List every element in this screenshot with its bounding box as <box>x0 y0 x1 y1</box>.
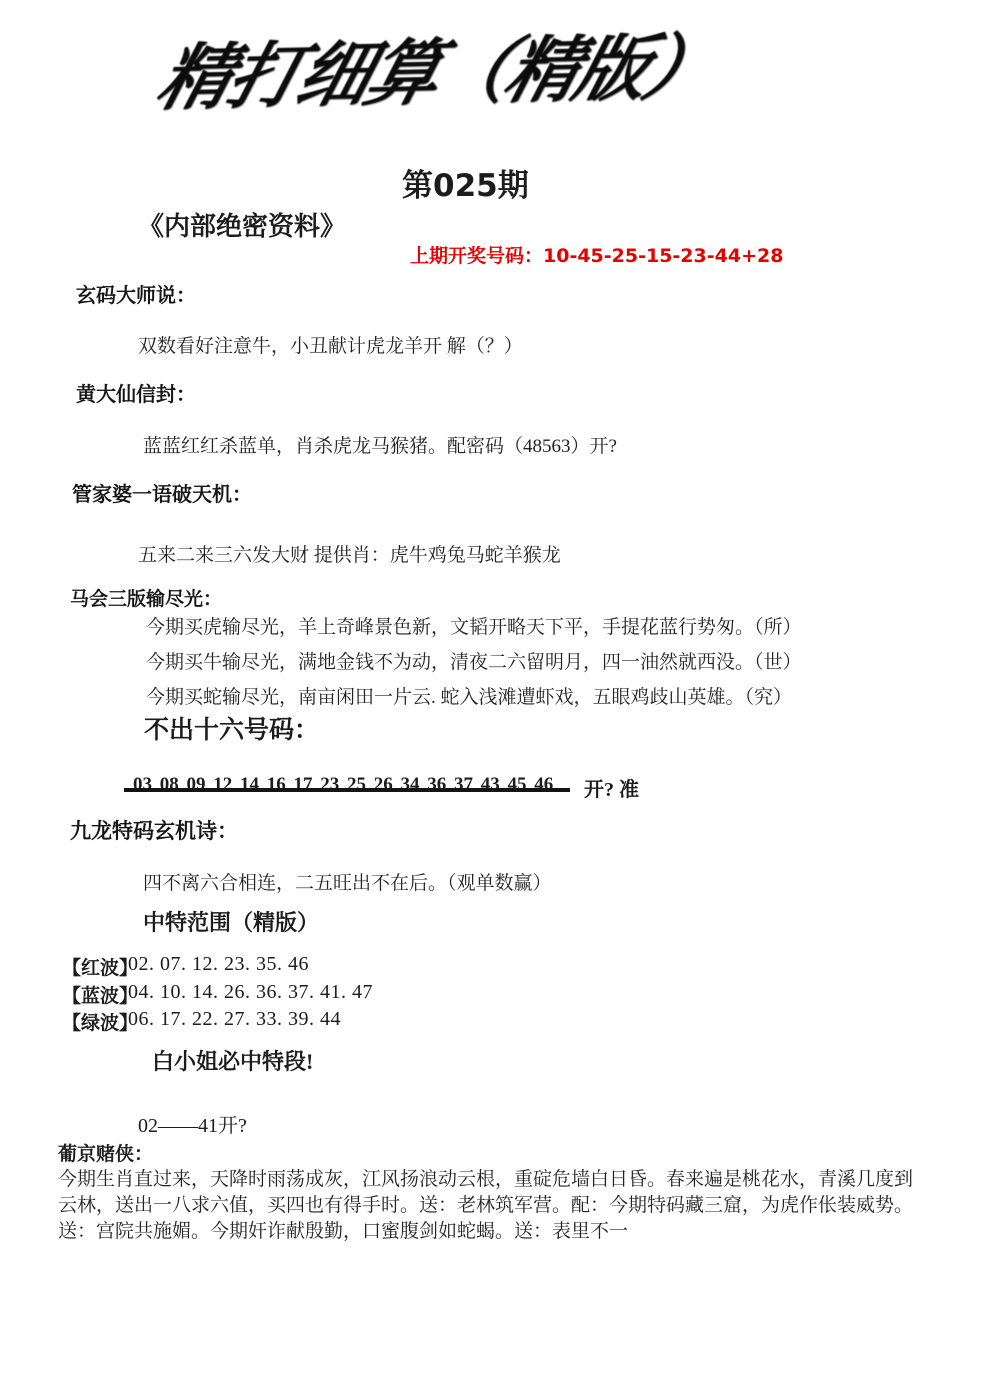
section-heading-guanjiapo: 管家婆一语破天机： <box>72 478 252 507</box>
wave-numbers-red: 02. 07. 12. 23. 35. 46 <box>128 953 309 976</box>
secret-label: 《内部绝密资料》 <box>138 206 346 243</box>
last-draw-numbers: 上期开奖号码：10-45-25-15-23-44+28 <box>410 241 783 268</box>
section-body-jiulong: 四不离六合相连，二五旺出不在后。（观单数赢） <box>143 868 552 895</box>
mahui-verse-line: 今期买蛇输尽光，南亩闲田一片云. 蛇入浅滩遭虾戏，五眼鸡歧山英雄。（究） <box>146 682 792 709</box>
wave-numbers-green: 06. 17. 22. 27. 33. 39. 44 <box>128 1008 341 1031</box>
struck-out-numbers: 03 08 09 12 14 16 17 23 25 26 34 36 37 4… <box>133 774 553 796</box>
wave-numbers-blue: 04. 10. 14. 26. 36. 37. 41. 47 <box>128 981 373 1004</box>
section-body-guanjiapo: 五来二来三六发大财 提供肖：虎牛鸡兔马蛇羊猴龙 <box>138 540 561 567</box>
section-body-huang-daxian: 蓝蓝红红杀蓝单，肖杀虎龙马猴猪。配密码（48563）开? <box>143 431 617 458</box>
issue-number: 第025期 <box>402 160 529 205</box>
wave-label-red: 【红波】 <box>62 953 138 980</box>
pujing-text-line: 云林，送出一八求六值，买四也有得手时。送：老林筑军营。配：今期特码藏三窟，为虎作… <box>58 1190 913 1217</box>
section-heading-huang-daxian: 黄大仙信封： <box>76 378 196 407</box>
strike-line <box>124 788 570 792</box>
section-heading-mahui-shujinguang: 马会三版输尽光： <box>70 584 222 611</box>
wave-label-green: 【绿波】 <box>62 1008 138 1035</box>
section-body-xuanma-master: 双数看好注意牛，小丑献计虎龙羊开 解（？） <box>138 331 523 358</box>
mahui-verse-line: 今期买虎输尽光，羊上奇峰景色新，文韬开略天下平，手提花蓝行势匆。（所） <box>146 612 802 639</box>
calligraphy-title: 精打细算（精版） <box>148 8 731 124</box>
verdict-text: 开? 准 <box>584 773 639 802</box>
lottery-tip-sheet: 精打细算（精版） 第025期 《内部绝密资料》 上期开奖号码：10-45-25-… <box>0 0 981 1388</box>
section-heading-buchu-16: 不出十六号码： <box>144 710 319 746</box>
mahui-verse-line: 今期买牛输尽光，满地金钱不为动，清夜二六留明月，四一油然就西没。（世） <box>146 647 802 674</box>
section-heading-jiulong: 九龙特码玄机诗： <box>70 815 238 845</box>
section-heading-pujing-duxia: 葡京赌侠： <box>58 1139 153 1166</box>
pujing-text-line: 今期生肖直过来，天降时雨荡成灰，江风扬浪动云根，重碇危墙白日昏。春来遍是桃花水，… <box>58 1164 913 1191</box>
pujing-text-line: 送：宫院共施媚。今期奸诈献殷勤，口蜜腹剑如蛇蝎。送：表里不一 <box>58 1216 628 1243</box>
section-heading-zhongte-range: 中特范围（精版） <box>143 906 319 937</box>
section-heading-baixiaojie: 白小姐必中特段! <box>152 1045 313 1076</box>
section-heading-xuanma-master: 玄码大师说： <box>76 279 196 308</box>
section-body-baixiaojie-segment: 02——41开? <box>138 1109 247 1138</box>
wave-label-blue: 【蓝波】 <box>62 981 138 1008</box>
